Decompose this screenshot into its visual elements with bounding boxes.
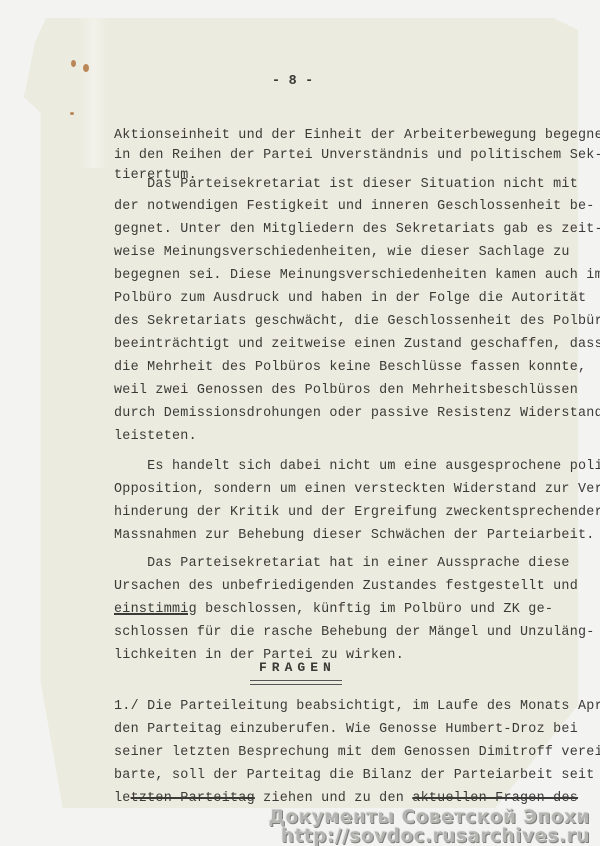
text-line: letzten Parteitag ziehen und zu den aktu… (114, 789, 578, 809)
heading-double-underline (250, 680, 342, 685)
struck-text: tzten Parteitag (131, 791, 255, 806)
rust-stain (70, 112, 74, 115)
text-line: Das Parteisekretariat hat in einer Aussp… (114, 554, 570, 574)
text-line: Polbüro zum Ausdruck und haben in der Fo… (114, 289, 586, 309)
text-line: Opposition, sondern um einen versteckten… (114, 480, 600, 500)
rust-stain (71, 60, 76, 67)
text-line: gegnet. Unter den Mitgliedern des Sekret… (114, 220, 600, 240)
text-line: die Mehrheit des Polbüros keine Beschlüs… (114, 358, 586, 378)
text-line: weil zwei Genossen des Polbüros den Mehr… (114, 381, 578, 401)
underlined-word: einstimmig (114, 602, 197, 617)
archive-watermark-title: Документы Советской Эпохи (268, 807, 590, 828)
text-line: schlossen für die rasche Behebung der Mä… (114, 623, 595, 643)
archive-watermark-url: http://sovdoc.rusarchives.ru (281, 826, 590, 846)
struck-text: aktuellen Fragen des (412, 791, 578, 806)
text-line: weise Meinungsverschiedenheiten, wie die… (114, 243, 570, 263)
section-heading: FRAGEN (259, 660, 336, 675)
text-line: Massnahmen zur Behebung dieser Schwächen… (114, 526, 595, 546)
text-line: der notwendigen Festigkeit und inneren G… (114, 197, 595, 217)
text-line: einstimmig beschlossen, künftig im Polbü… (114, 600, 553, 620)
text-line: Aktionseinheit und der Einheit der Arbei… (114, 126, 600, 146)
text-line: Ursachen des unbefriedigenden Zustandes … (114, 577, 578, 597)
text-line: des Sekretariats geschwächt, die Geschlo… (114, 312, 600, 332)
text-fragment: beschlossen, künftig im Polbüro und ZK g… (197, 602, 553, 617)
text-line: den Parteitag einzuberufen. Wie Genosse … (114, 720, 578, 740)
text-line: 1./ Die Parteileitung beabsichtigt, im L… (114, 697, 600, 717)
text-fragment: ziehen und zu den (255, 791, 412, 806)
text-line: beeinträchtigt und zeitweise einen Zusta… (114, 335, 600, 355)
text-line: durch Demissionsdrohungen oder passive R… (114, 404, 600, 424)
text-line: begegnen sei. Diese Meinungsverschiedenh… (114, 266, 600, 286)
text-line: Es handelt sich dabei nicht um eine ausg… (114, 457, 600, 477)
text-fragment: le (114, 791, 131, 806)
text-line: in den Reihen der Partei Unverständnis u… (114, 146, 600, 166)
text-line: barte, soll der Parteitag die Bilanz der… (114, 766, 600, 786)
text-line: seiner letzten Besprechung mit dem Genos… (114, 743, 600, 763)
text-line: Das Parteisekretariat ist dieser Situati… (114, 175, 578, 195)
text-line: leisteten. (114, 427, 197, 447)
rust-stain (83, 64, 89, 72)
text-line: hinderung der Kritik und der Ergreifung … (114, 503, 600, 523)
page-number: - 8 - (272, 72, 313, 92)
